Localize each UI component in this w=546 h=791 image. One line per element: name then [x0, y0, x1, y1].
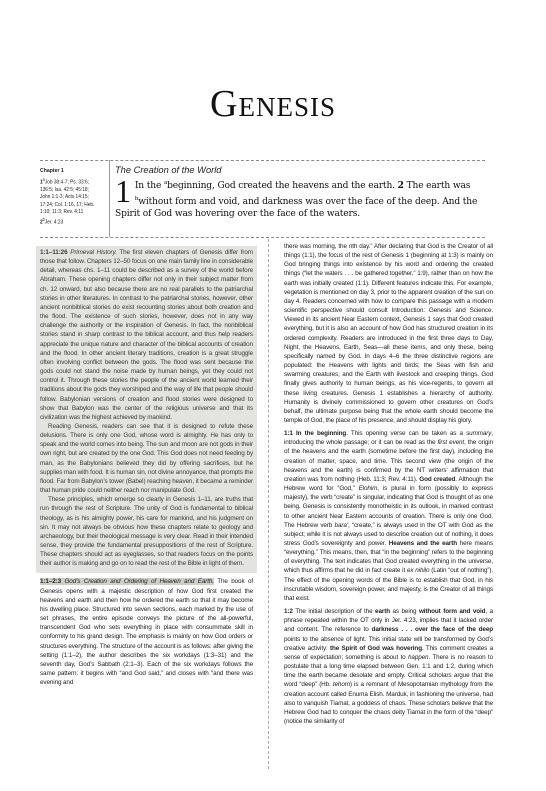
book-title: Genesis — [0, 82, 546, 126]
note-paragraph: 1:1–11:26 Primeval History. The first el… — [40, 248, 253, 422]
note-verse-2: 1:2 The initial description of the earth… — [284, 607, 493, 726]
crossref-divider — [109, 160, 110, 237]
note-continued: there was morning, the nth day.” After d… — [284, 242, 493, 425]
note-paragraph: These principles, which emerge so clearl… — [40, 495, 253, 568]
study-notes-left-column: 1:1–11:26 Primeval History. The first el… — [40, 246, 253, 687]
crossref-entry: 2bJer. 4:23 — [40, 216, 100, 227]
crossref-heading: Chapter 1 — [40, 168, 100, 175]
note-creation-ordering: 1:1–2:3 God’s Creation and Ordering of H… — [40, 577, 253, 687]
note-verse-1: 1:1 In the beginning. This opening verse… — [284, 429, 493, 603]
verse-number: 2 — [398, 180, 404, 191]
chapter-number: 1 — [115, 178, 131, 204]
cross-references: Chapter 1 1aJob 38:4-7; Ps. 33:6; 136:5;… — [40, 168, 100, 227]
section-heading: The Creation of the World — [115, 165, 221, 175]
scripture-bottom-divider — [40, 237, 485, 238]
study-notes-right-column: there was morning, the nth day.” After d… — [284, 242, 493, 726]
primeval-history-sidebar: 1:1–11:26 Primeval History. The first el… — [36, 246, 257, 573]
top-divider — [40, 160, 485, 161]
crossref-entry: 1aJob 38:4-7; Ps. 33:6; 136:5; Isa. 42:5… — [40, 176, 100, 216]
note-paragraph: Reading Genesis, readers can see that it… — [40, 422, 253, 495]
column-divider — [268, 239, 269, 769]
scripture-text: 1 In the abeginning, God created the hea… — [115, 177, 490, 221]
